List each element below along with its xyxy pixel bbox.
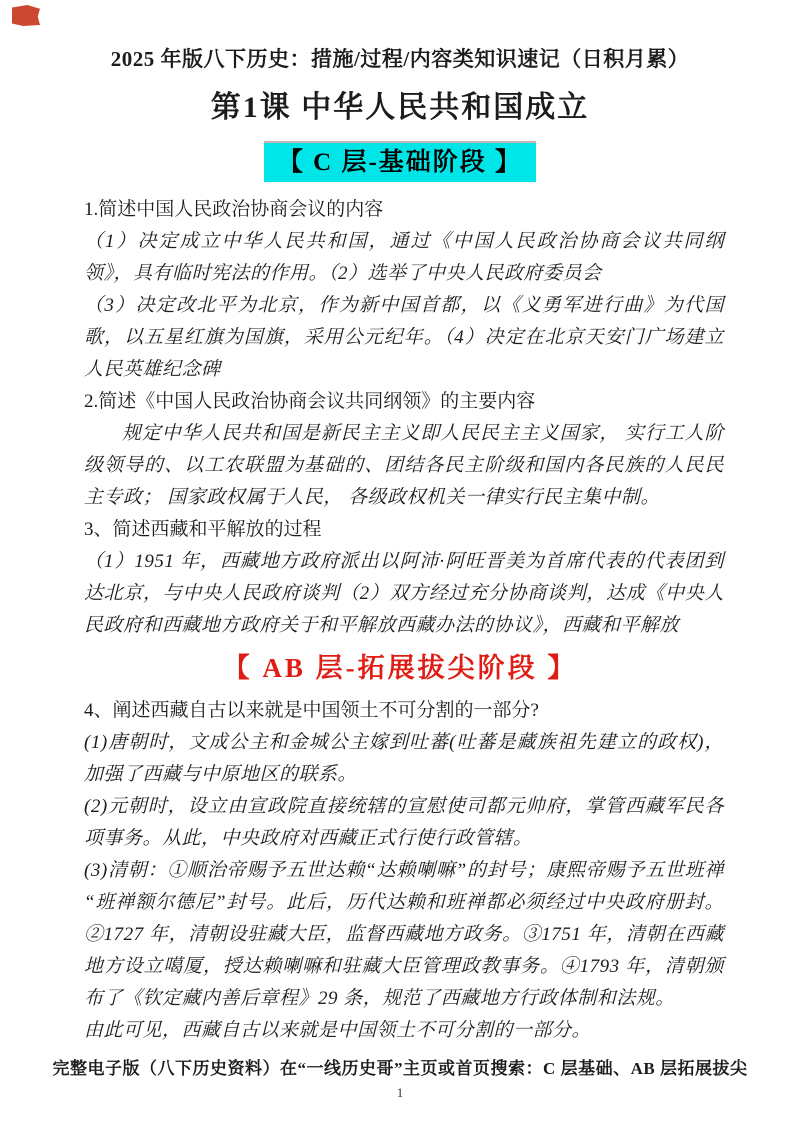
question-1: 1.简述中国人民政治协商会议的内容 xyxy=(84,194,724,226)
answer-4-qing: (3)清朝：①顺治帝赐予五世达赖“达赖喇嘛”的封号；康熙帝赐予五世班禅“班禅额尔… xyxy=(84,855,724,1015)
body-content-2: 4、阐述西藏自古以来就是中国领土不可分割的一部分? (1)唐朝时，文成公主和金城… xyxy=(0,695,800,1047)
answer-3: （1）1951 年，西藏地方政府派出以阿沛·阿旺晋美为首席代表的代表团到达北京，… xyxy=(84,546,724,642)
lesson-title: 第1课 中华人民共和国成立 xyxy=(0,89,800,127)
answer-4-yuan: (2)元朝时，设立由宣政院直接统辖的宣慰使司都元帅府，掌管西藏军民各项事务。从此… xyxy=(84,791,724,855)
answer-1b: （3）决定改北平为北京，作为新中国首都，以《义勇军进行曲》为代国歌，以五星红旗为… xyxy=(84,290,724,386)
body-content: 1.简述中国人民政治协商会议的内容 （1）决定成立中华人民共和国，通过《中国人民… xyxy=(0,194,800,642)
question-4: 4、阐述西藏自古以来就是中国领土不可分割的一部分? xyxy=(84,695,724,727)
answer-4-tang: (1)唐朝时，文成公主和金城公主嫁到吐蕃(吐蕃是藏族祖先建立的政权)，加强了西藏… xyxy=(84,727,724,791)
section-heading-c-row: 【 C 层-基础阶段 】 xyxy=(0,143,800,182)
section-heading-c-basic: 【 C 层-基础阶段 】 xyxy=(264,143,536,182)
answer-2: 规定中华人民共和国是新民主主义即人民民主主义国家， 实行工人阶级领导的、以工农联… xyxy=(84,418,724,514)
corner-stamp-icon xyxy=(12,5,40,26)
answer-1: （1）决定成立中华人民共和国，通过《中国人民政治协商会议共同纲领》，具有临时宪法… xyxy=(84,226,724,290)
question-2: 2.简述《中国人民政治协商会议共同纲领》的主要内容 xyxy=(84,386,724,418)
document-page: 2025 年版八下历史：措施/过程/内容类知识速记（日积月累） 第1课 中华人民… xyxy=(0,0,800,1131)
answer-4-conclusion: 由此可见，西藏自古以来就是中国领土不可分割的一部分。 xyxy=(84,1015,724,1047)
question-3: 3、简述西藏和平解放的过程 xyxy=(84,514,724,546)
section-heading-ab-advanced: 【 AB 层-拓展拔尖阶段 】 xyxy=(0,650,800,686)
page-number: 1 xyxy=(0,1085,800,1101)
document-title: 2025 年版八下历史：措施/过程/内容类知识速记（日积月累） xyxy=(0,44,800,74)
footer-note: 完整电子版（八下历史资料）在“一线历史哥”主页或首页搜索：C 层基础、AB 层拓… xyxy=(0,1054,800,1079)
